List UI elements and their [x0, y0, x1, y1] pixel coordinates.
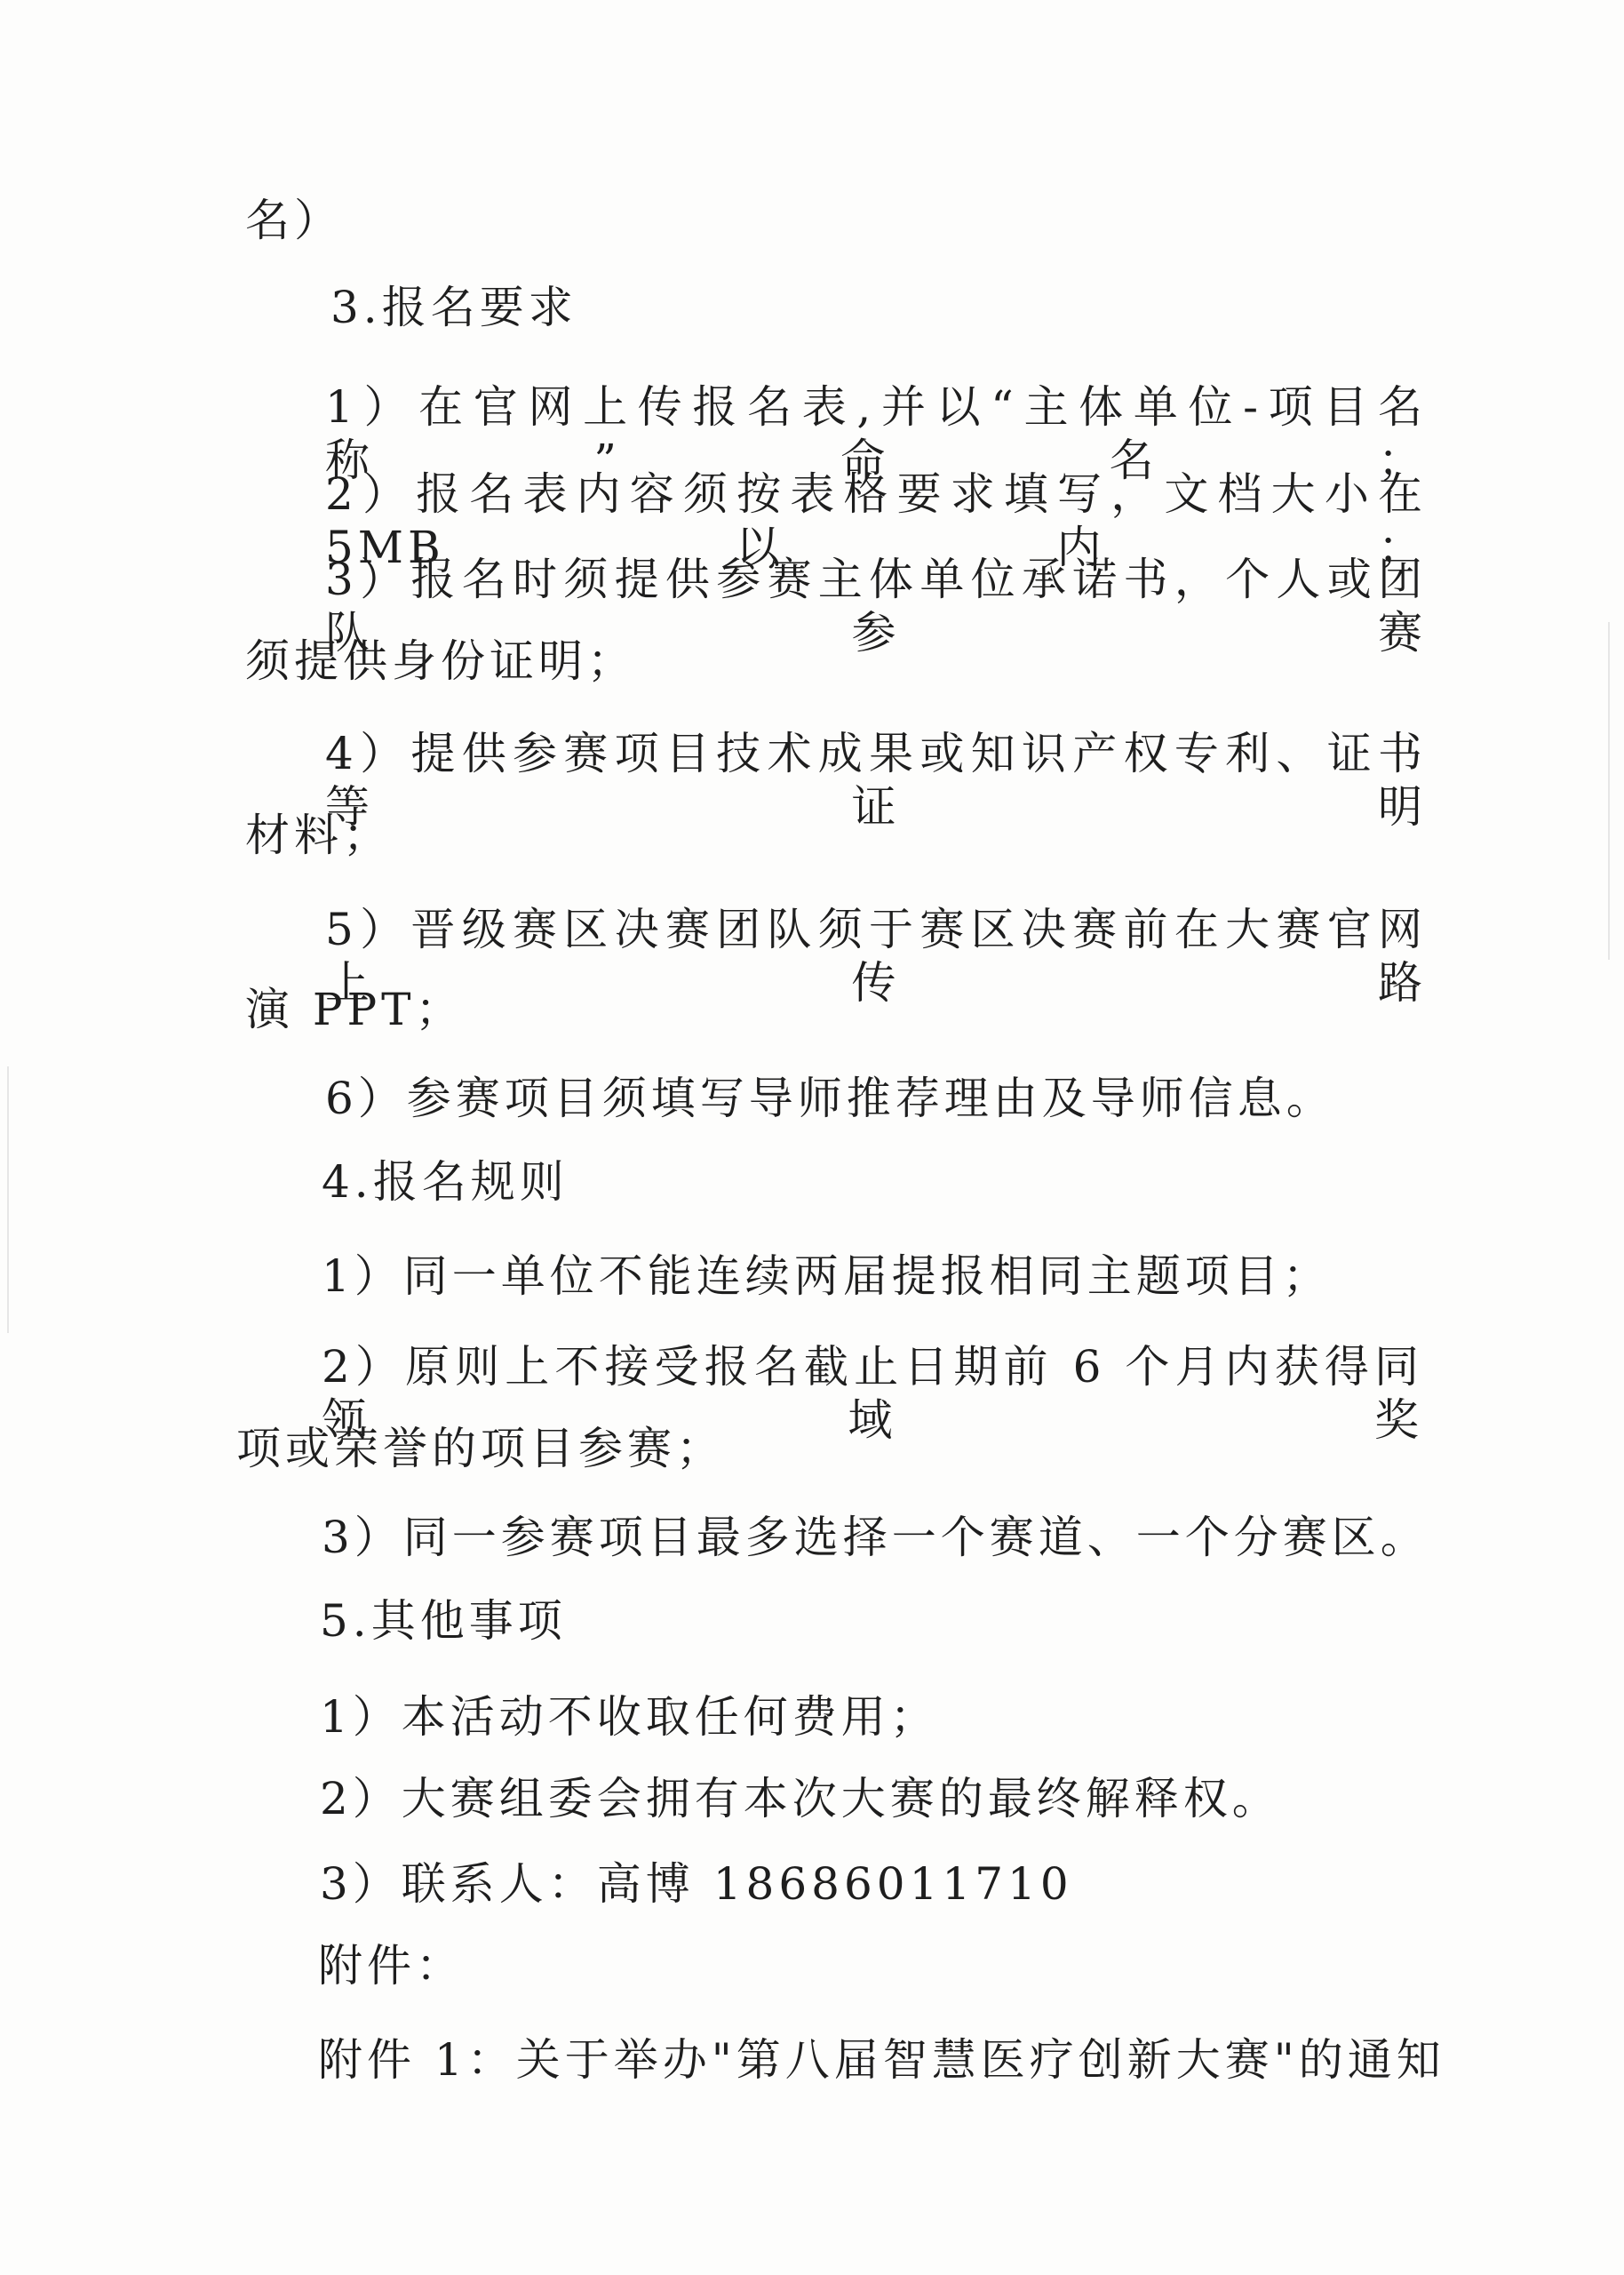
rule-item-1: 1）同一单位不能连续两届提报相同主题项目； — [322, 1249, 1332, 1303]
rule-item-3: 3）同一参赛项目最多选择一个赛道、一个分赛区。 — [322, 1511, 1429, 1564]
attachments-label: 附件： — [318, 1939, 465, 1992]
other-item-1: 1）本活动不收取任何费用； — [320, 1690, 939, 1744]
section-heading-registration-rules: 4.报名规则 — [322, 1155, 569, 1209]
section-heading-registration-requirements: 3.报名要求 — [330, 281, 577, 334]
contact-person: 3）联系人：高博 18686011710 — [320, 1857, 1073, 1911]
requirement-item-4-cont: 材料； — [245, 809, 392, 862]
scan-artifact — [7, 1066, 9, 1333]
document-page: 名） 3.报名要求 1）在官网上传报名表,并以“主体单位-项目名称”命名； 2）… — [0, 0, 1624, 2275]
requirement-item-5-cont: 演 PPT； — [245, 983, 465, 1036]
requirement-item-5: 5）晋级赛区决赛团队须于赛区决赛前在大赛官网上传路 — [325, 903, 1427, 1010]
other-item-2: 2）大赛组委会拥有本次大赛的最终解释权。 — [320, 1772, 1281, 1825]
continuation-text: 名） — [245, 194, 343, 247]
requirement-item-6: 6）参赛项目须填写导师推荐理由及导师信息。 — [325, 1072, 1335, 1125]
scan-artifact — [1608, 622, 1610, 960]
rule-item-2-cont: 项或荣誉的项目参赛； — [236, 1422, 725, 1475]
section-heading-other-matters: 5.其他事项 — [320, 1594, 567, 1648]
requirement-item-4: 4）提供参赛项目技术成果或知识产权专利、证书等证明 — [325, 727, 1427, 834]
attachment-1: 附件 1：关于举办"第八届智慧医疗创新大赛"的通知 — [318, 2033, 1445, 2087]
requirement-item-3-cont: 须提供身份证明； — [245, 635, 636, 688]
